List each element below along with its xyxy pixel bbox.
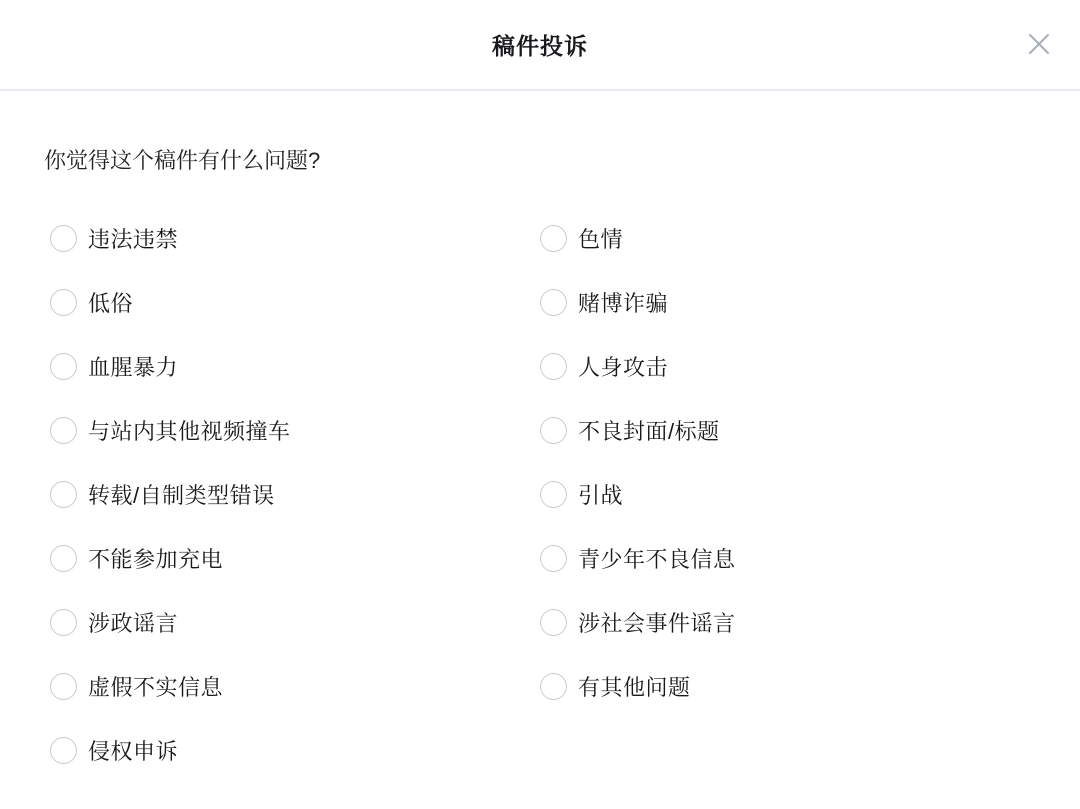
option-label: 青少年不良信息 <box>578 543 736 574</box>
option-label: 涉政谣言 <box>88 607 178 638</box>
radio-icon[interactable] <box>50 673 77 700</box>
close-button[interactable] <box>1024 30 1054 60</box>
dialog-body: 你觉得这个稿件有什么问题? 违法违禁低俗血腥暴力与站内其他视频撞车转载/自制类型… <box>0 146 1080 782</box>
report-dialog: 稿件投诉 你觉得这个稿件有什么问题? 违法违禁低俗血腥暴力与站内其他视频撞车转载… <box>0 0 1080 809</box>
options-column-left: 违法违禁低俗血腥暴力与站内其他视频撞车转载/自制类型错误不能参加充电涉政谣言虚假… <box>50 206 540 782</box>
report-option[interactable]: 违法违禁 <box>50 206 540 270</box>
option-label: 不良封面/标题 <box>578 415 720 446</box>
report-option[interactable]: 涉政谣言 <box>50 590 540 654</box>
options-grid: 违法违禁低俗血腥暴力与站内其他视频撞车转载/自制类型错误不能参加充电涉政谣言虚假… <box>50 206 1080 782</box>
option-label: 涉社会事件谣言 <box>578 607 736 638</box>
option-label: 赌博诈骗 <box>578 287 668 318</box>
report-option[interactable]: 赌博诈骗 <box>540 270 1030 334</box>
option-label: 人身攻击 <box>578 351 668 382</box>
radio-icon[interactable] <box>50 417 77 444</box>
report-option[interactable]: 引战 <box>540 462 1030 526</box>
dialog-header: 稿件投诉 <box>0 0 1080 91</box>
close-icon <box>1026 31 1052 60</box>
radio-icon[interactable] <box>50 289 77 316</box>
report-option[interactable]: 涉社会事件谣言 <box>540 590 1030 654</box>
option-label: 违法违禁 <box>88 223 178 254</box>
report-option[interactable]: 与站内其他视频撞车 <box>50 398 540 462</box>
report-option[interactable]: 有其他问题 <box>540 654 1030 718</box>
report-option[interactable]: 不能参加充电 <box>50 526 540 590</box>
option-label: 有其他问题 <box>578 671 691 702</box>
question-label: 你觉得这个稿件有什么问题? <box>44 146 1080 176</box>
option-label: 引战 <box>578 479 623 510</box>
option-label: 色情 <box>578 223 623 254</box>
report-option[interactable]: 青少年不良信息 <box>540 526 1030 590</box>
radio-icon[interactable] <box>540 289 567 316</box>
option-label: 低俗 <box>88 287 133 318</box>
report-option[interactable]: 低俗 <box>50 270 540 334</box>
dialog-title: 稿件投诉 <box>492 28 588 61</box>
radio-icon[interactable] <box>540 353 567 380</box>
radio-icon[interactable] <box>540 225 567 252</box>
report-option[interactable]: 不良封面/标题 <box>540 398 1030 462</box>
report-option[interactable]: 色情 <box>540 206 1030 270</box>
radio-icon[interactable] <box>540 609 567 636</box>
option-label: 侵权申诉 <box>88 735 178 766</box>
radio-icon[interactable] <box>50 609 77 636</box>
option-label: 不能参加充电 <box>88 543 223 574</box>
options-column-right: 色情赌博诈骗人身攻击不良封面/标题引战青少年不良信息涉社会事件谣言有其他问题 <box>540 206 1030 782</box>
radio-icon[interactable] <box>50 737 77 764</box>
option-label: 与站内其他视频撞车 <box>88 415 291 446</box>
report-option[interactable]: 虚假不实信息 <box>50 654 540 718</box>
radio-icon[interactable] <box>50 481 77 508</box>
radio-icon[interactable] <box>540 545 567 572</box>
radio-icon[interactable] <box>540 673 567 700</box>
radio-icon[interactable] <box>540 481 567 508</box>
report-option[interactable]: 转载/自制类型错误 <box>50 462 540 526</box>
radio-icon[interactable] <box>50 545 77 572</box>
report-option[interactable]: 血腥暴力 <box>50 334 540 398</box>
radio-icon[interactable] <box>540 417 567 444</box>
option-label: 血腥暴力 <box>88 351 178 382</box>
report-option[interactable]: 人身攻击 <box>540 334 1030 398</box>
option-label: 虚假不实信息 <box>88 671 223 702</box>
option-label: 转载/自制类型错误 <box>88 479 275 510</box>
radio-icon[interactable] <box>50 225 77 252</box>
report-option[interactable]: 侵权申诉 <box>50 718 540 782</box>
radio-icon[interactable] <box>50 353 77 380</box>
